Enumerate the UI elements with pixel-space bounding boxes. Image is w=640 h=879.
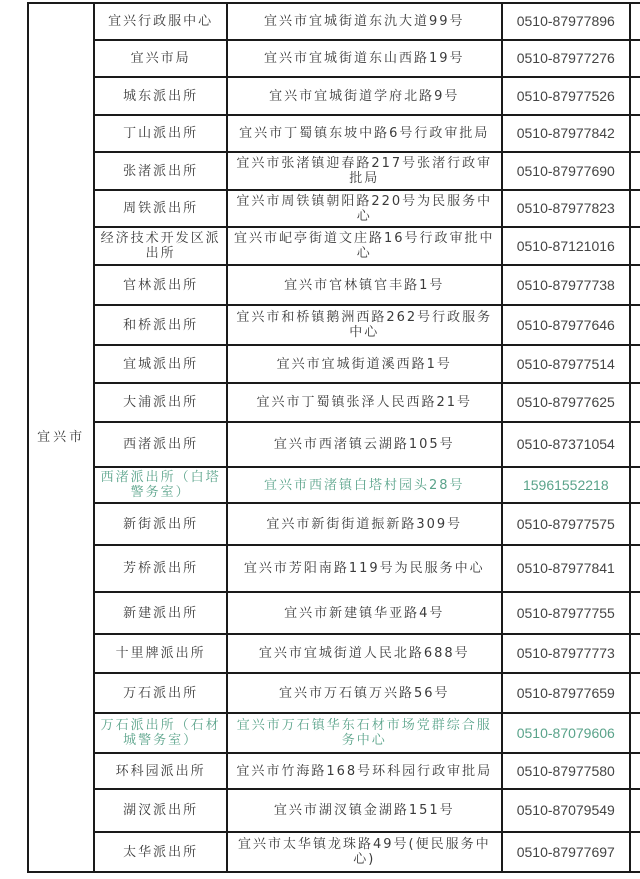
table-row: 张渚派出所宜兴市张渚镇迎春路217号张渚行政审批局0510-87977690 bbox=[28, 152, 640, 190]
table-row: 十里牌派出所宜兴市宜城街道人民北路688号0510-87977773 bbox=[28, 634, 640, 673]
station-name-cell: 湖汊派出所 bbox=[94, 789, 227, 832]
address-cell: 宜兴市西渚镇云湖路105号 bbox=[227, 422, 502, 467]
truncated-column-cell bbox=[630, 673, 640, 713]
station-name-cell: 周铁派出所 bbox=[94, 190, 227, 227]
phone-cell: 15961552218 bbox=[502, 467, 630, 503]
table-row: 宜城派出所宜兴市宜城街道溪西路1号0510-87977514 bbox=[28, 345, 640, 383]
phone-cell: 0510-87079606 bbox=[502, 713, 630, 753]
station-name-cell: 太华派出所 bbox=[94, 832, 227, 872]
table-row: 丁山派出所宜兴市丁蜀镇东坡中路6号行政审批局0510-87977842 bbox=[28, 115, 640, 152]
phone-cell: 0510-87977773 bbox=[502, 634, 630, 673]
station-name-cell: 十里牌派出所 bbox=[94, 634, 227, 673]
truncated-column-cell bbox=[630, 713, 640, 753]
station-name-cell: 大浦派出所 bbox=[94, 383, 227, 422]
table-row: 城东派出所宜兴市宜城街道学府北路9号0510-87977526 bbox=[28, 77, 640, 115]
truncated-column-cell bbox=[630, 227, 640, 265]
phone-cell: 0510-87977514 bbox=[502, 345, 630, 383]
station-name-cell: 和桥派出所 bbox=[94, 305, 227, 345]
phone-cell: 0510-87079549 bbox=[502, 789, 630, 832]
address-cell: 宜兴市和桥镇鹅洲西路262号行政服务中心 bbox=[227, 305, 502, 345]
table-row: 环科园派出所宜兴市竹海路168号环科园行政审批局0510-87977580 bbox=[28, 753, 640, 789]
address-cell: 宜兴市宜城街道人民北路688号 bbox=[227, 634, 502, 673]
phone-cell: 0510-87977276 bbox=[502, 40, 630, 77]
truncated-column-cell bbox=[630, 345, 640, 383]
station-name-cell: 城东派出所 bbox=[94, 77, 227, 115]
address-cell: 宜兴市宜城街道东氿大道99号 bbox=[227, 3, 502, 40]
truncated-column-cell bbox=[630, 467, 640, 503]
truncated-column-cell bbox=[630, 383, 640, 422]
address-cell: 宜兴市竹海路168号环科园行政审批局 bbox=[227, 753, 502, 789]
station-name-cell: 环科园派出所 bbox=[94, 753, 227, 789]
phone-cell: 0510-87977575 bbox=[502, 503, 630, 545]
station-name-cell: 万石派出所 bbox=[94, 673, 227, 713]
phone-cell: 0510-87977690 bbox=[502, 152, 630, 190]
address-cell: 宜兴市屺亭街道文庄路16号行政审批中心 bbox=[227, 227, 502, 265]
truncated-column-cell bbox=[630, 634, 640, 673]
police-station-table: 宜兴市宜兴行政服中心宜兴市宜城街道东氿大道99号0510-87977896宜兴市… bbox=[27, 2, 640, 873]
table-row: 大浦派出所宜兴市丁蜀镇张泽人民西路21号0510-87977625 bbox=[28, 383, 640, 422]
station-name-cell: 宜兴行政服中心 bbox=[94, 3, 227, 40]
address-cell: 宜兴市宜城街道学府北路9号 bbox=[227, 77, 502, 115]
station-name-cell: 新建派出所 bbox=[94, 592, 227, 634]
table-row: 宜兴市局宜兴市宜城街道东山西路19号0510-87977276 bbox=[28, 40, 640, 77]
truncated-column-cell bbox=[630, 3, 640, 40]
phone-cell: 0510-87977659 bbox=[502, 673, 630, 713]
address-cell: 宜兴市宜城街道溪西路1号 bbox=[227, 345, 502, 383]
table-row: 新建派出所宜兴市新建镇华亚路4号0510-87977755 bbox=[28, 592, 640, 634]
table-row: 新街派出所宜兴市新街街道振新路309号0510-87977575 bbox=[28, 503, 640, 545]
truncated-column-cell bbox=[630, 40, 640, 77]
region-cell: 宜兴市 bbox=[28, 3, 94, 872]
phone-cell: 0510-87977646 bbox=[502, 305, 630, 345]
phone-cell: 0510-87977755 bbox=[502, 592, 630, 634]
station-name-cell: 丁山派出所 bbox=[94, 115, 227, 152]
address-cell: 宜兴市万石镇万兴路56号 bbox=[227, 673, 502, 713]
station-name-cell: 西渚派出所（白塔警务室） bbox=[94, 467, 227, 503]
phone-cell: 0510-87977625 bbox=[502, 383, 630, 422]
table-row: 万石派出所宜兴市万石镇万兴路56号0510-87977659 bbox=[28, 673, 640, 713]
truncated-column-cell bbox=[630, 265, 640, 305]
phone-cell: 0510-87977896 bbox=[502, 3, 630, 40]
phone-cell: 0510-87977526 bbox=[502, 77, 630, 115]
address-cell: 宜兴市张渚镇迎春路217号张渚行政审批局 bbox=[227, 152, 502, 190]
truncated-column-cell bbox=[630, 190, 640, 227]
table-row: 经济技术开发区派出所宜兴市屺亭街道文庄路16号行政审批中心0510-871210… bbox=[28, 227, 640, 265]
truncated-column-cell bbox=[630, 115, 640, 152]
truncated-column-cell bbox=[630, 789, 640, 832]
station-name-cell: 芳桥派出所 bbox=[94, 545, 227, 592]
phone-cell: 0510-87977697 bbox=[502, 832, 630, 872]
truncated-column-cell bbox=[630, 422, 640, 467]
station-name-cell: 宜城派出所 bbox=[94, 345, 227, 383]
table-row: 西渚派出所宜兴市西渚镇云湖路105号0510-87371054 bbox=[28, 422, 640, 467]
address-cell: 宜兴市芳阳南路119号为民服务中心 bbox=[227, 545, 502, 592]
phone-cell: 0510-87977580 bbox=[502, 753, 630, 789]
table-body: 宜兴市宜兴行政服中心宜兴市宜城街道东氿大道99号0510-87977896宜兴市… bbox=[28, 3, 640, 872]
table-row: 西渚派出所（白塔警务室）宜兴市西渚镇白塔村园头28号15961552218 bbox=[28, 467, 640, 503]
address-cell: 宜兴市新建镇华亚路4号 bbox=[227, 592, 502, 634]
station-name-cell: 宜兴市局 bbox=[94, 40, 227, 77]
address-cell: 宜兴市宜城街道东山西路19号 bbox=[227, 40, 502, 77]
phone-cell: 0510-87977738 bbox=[502, 265, 630, 305]
table-row: 和桥派出所宜兴市和桥镇鹅洲西路262号行政服务中心0510-87977646 bbox=[28, 305, 640, 345]
address-cell: 宜兴市湖汊镇金湖路151号 bbox=[227, 789, 502, 832]
address-cell: 宜兴市丁蜀镇东坡中路6号行政审批局 bbox=[227, 115, 502, 152]
table-row: 官林派出所宜兴市官林镇官丰路1号0510-87977738 bbox=[28, 265, 640, 305]
address-cell: 宜兴市周铁镇朝阳路220号为民服务中心 bbox=[227, 190, 502, 227]
police-station-table-wrapper: 宜兴市宜兴行政服中心宜兴市宜城街道东氿大道99号0510-87977896宜兴市… bbox=[27, 2, 640, 873]
station-name-cell: 经济技术开发区派出所 bbox=[94, 227, 227, 265]
address-cell: 宜兴市万石镇华东石材市场党群综合服务中心 bbox=[227, 713, 502, 753]
table-row: 芳桥派出所宜兴市芳阳南路119号为民服务中心0510-87977841 bbox=[28, 545, 640, 592]
truncated-column-cell bbox=[630, 832, 640, 872]
truncated-column-cell bbox=[630, 77, 640, 115]
phone-cell: 0510-87977842 bbox=[502, 115, 630, 152]
station-name-cell: 张渚派出所 bbox=[94, 152, 227, 190]
table-row: 万石派出所（石材城警务室）宜兴市万石镇华东石材市场党群综合服务中心0510-87… bbox=[28, 713, 640, 753]
table-row: 湖汊派出所宜兴市湖汊镇金湖路151号0510-87079549 bbox=[28, 789, 640, 832]
station-name-cell: 新街派出所 bbox=[94, 503, 227, 545]
phone-cell: 0510-87371054 bbox=[502, 422, 630, 467]
phone-cell: 0510-87977841 bbox=[502, 545, 630, 592]
station-name-cell: 官林派出所 bbox=[94, 265, 227, 305]
truncated-column-cell bbox=[630, 545, 640, 592]
truncated-column-cell bbox=[630, 503, 640, 545]
table-row: 宜兴市宜兴行政服中心宜兴市宜城街道东氿大道99号0510-87977896 bbox=[28, 3, 640, 40]
table-row: 太华派出所宜兴市太华镇龙珠路49号(便民服务中心)0510-87977697 bbox=[28, 832, 640, 872]
truncated-column-cell bbox=[630, 753, 640, 789]
truncated-column-cell bbox=[630, 152, 640, 190]
phone-cell: 0510-87121016 bbox=[502, 227, 630, 265]
table-row: 周铁派出所宜兴市周铁镇朝阳路220号为民服务中心0510-87977823 bbox=[28, 190, 640, 227]
station-name-cell: 西渚派出所 bbox=[94, 422, 227, 467]
station-name-cell: 万石派出所（石材城警务室） bbox=[94, 713, 227, 753]
truncated-column-cell bbox=[630, 305, 640, 345]
address-cell: 宜兴市太华镇龙珠路49号(便民服务中心) bbox=[227, 832, 502, 872]
address-cell: 宜兴市新街街道振新路309号 bbox=[227, 503, 502, 545]
phone-cell: 0510-87977823 bbox=[502, 190, 630, 227]
address-cell: 宜兴市官林镇官丰路1号 bbox=[227, 265, 502, 305]
address-cell: 宜兴市丁蜀镇张泽人民西路21号 bbox=[227, 383, 502, 422]
truncated-column-cell bbox=[630, 592, 640, 634]
address-cell: 宜兴市西渚镇白塔村园头28号 bbox=[227, 467, 502, 503]
